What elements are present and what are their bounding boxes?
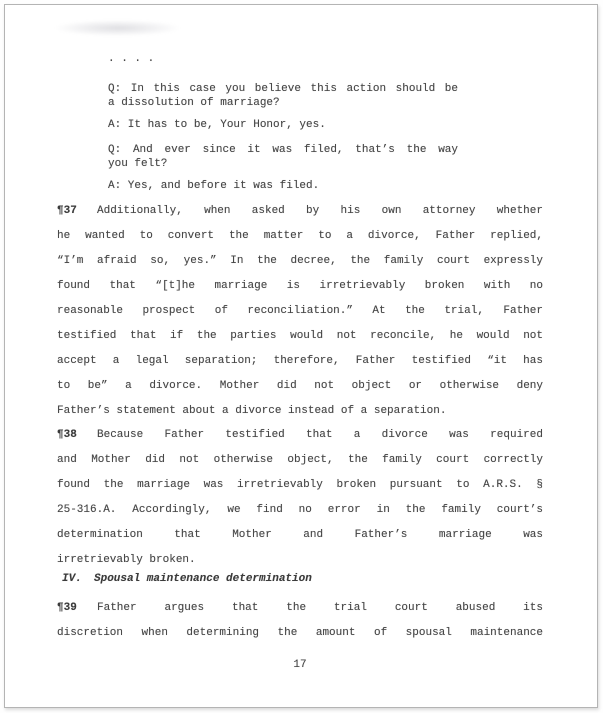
paragraph-line-text: Additionally, when asked by his own atto…	[97, 199, 543, 224]
paragraph-line: and Mother did not otherwise object, the…	[57, 448, 543, 473]
paragraph-line: reasonable prospect of reconciliation.” …	[57, 299, 543, 324]
section-heading-title: Spousal maintenance determination	[94, 572, 312, 586]
transcript-line: you felt?	[108, 157, 458, 171]
paragraph-37: ¶37 Additionally, when asked by his own …	[57, 199, 543, 424]
paragraph-line: ¶39 Father argues that the trial court a…	[57, 596, 543, 621]
paragraph-line: 25-316.A. Accordingly, we find no error …	[57, 498, 543, 523]
paragraph-line: “I’m afraid so, yes.” In the decree, the…	[57, 249, 543, 274]
paragraph-line: ¶37 Additionally, when asked by his own …	[57, 199, 543, 224]
transcript-question-1: Q: In this case you believe this action …	[108, 82, 458, 110]
transcript-ellipsis: . . . .	[108, 52, 154, 66]
transcript-line: A: It has to be, Your Honor, yes.	[108, 118, 458, 132]
paragraph-line: determination that Mother and Father’s m…	[57, 523, 543, 548]
paragraph-line: to be” a divorce. Mother did not object …	[57, 374, 543, 399]
page-number: 17	[57, 658, 543, 672]
paragraph-line: irretrievably broken.	[57, 548, 543, 573]
paragraph-line: ¶38 Because Father testified that a divo…	[57, 423, 543, 448]
paragraph-line: testified that if the parties would not …	[57, 324, 543, 349]
paragraph-line: found that “[t]he marriage is irretrieva…	[57, 274, 543, 299]
paragraph-line: he wanted to convert the matter to a div…	[57, 224, 543, 249]
paragraph-line: Father’s statement about a divorce inste…	[57, 399, 543, 424]
paragraph-line: accept a legal separation; therefore, Fa…	[57, 349, 543, 374]
transcript-question-2: Q: And ever since it was filed, that’s t…	[108, 143, 458, 171]
transcript-line: A: Yes, and before it was filed.	[108, 179, 458, 193]
transcript-line: Q: In this case you believe this action …	[108, 82, 458, 96]
transcript-answer-1: A: It has to be, Your Honor, yes.	[108, 118, 458, 132]
paragraph-line: discretion when determining the amount o…	[57, 621, 543, 646]
paragraph-number: ¶37	[57, 199, 97, 224]
paragraph-line-text: Father argues that the trial court abuse…	[97, 596, 543, 621]
paragraph-39: ¶39 Father argues that the trial court a…	[57, 596, 543, 646]
paragraph-line: found the marriage was irretrievably bro…	[57, 473, 543, 498]
paragraph-line-text: Because Father testified that a divorce …	[97, 423, 543, 448]
section-heading-iv: IV. Spousal maintenance determination	[62, 572, 543, 586]
transcript-answer-2: A: Yes, and before it was filed.	[108, 179, 458, 193]
paragraph-38: ¶38 Because Father testified that a divo…	[57, 423, 543, 573]
paragraph-number: ¶38	[57, 423, 97, 448]
section-heading-roman: IV.	[62, 572, 94, 586]
document-page: . . . . Q: In this case you believe this…	[0, 0, 603, 713]
transcript-line: a dissolution of marriage?	[108, 96, 458, 110]
paragraph-number: ¶39	[57, 596, 97, 621]
scan-smudge-artifact	[55, 20, 180, 36]
transcript-line: Q: And ever since it was filed, that’s t…	[108, 143, 458, 157]
